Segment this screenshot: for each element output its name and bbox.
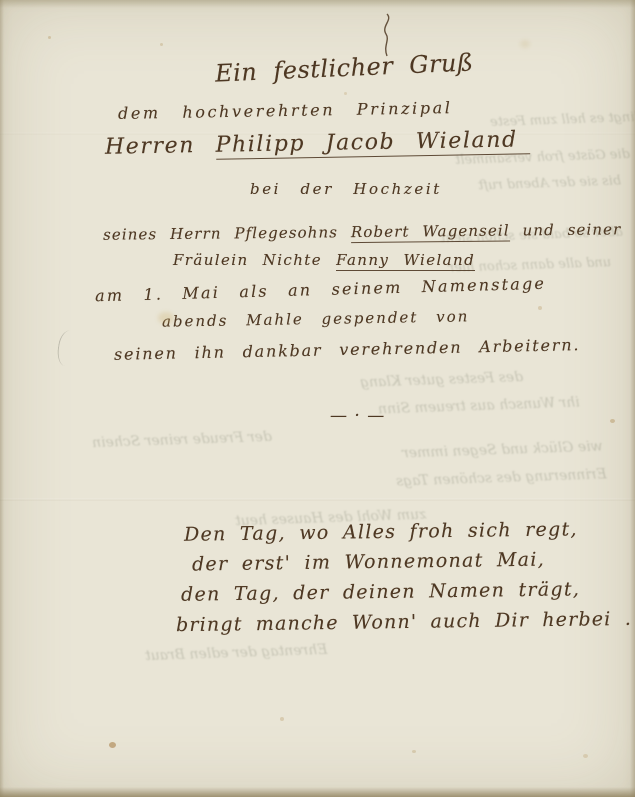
bride-name: Fanny Wieland — [336, 251, 475, 271]
groom-line-suffix: und seiner — [522, 220, 621, 239]
bride-line-prefix: Fräulein Nichte — [173, 251, 322, 269]
foxing-spot — [344, 92, 347, 95]
foxing-spot — [109, 742, 116, 748]
foxing-spot — [583, 754, 588, 758]
recipient-salutation: Herren — [105, 133, 195, 160]
poem-line-3: den Tag, der deinen Namen trägt, — [181, 578, 580, 606]
bleedthrough-line: Ehrentag der edlen Braut — [145, 642, 328, 664]
dedication-line-8: abends Mahle gespendet von — [162, 307, 470, 330]
recipient-line: Herren Philipp Jacob Wieland — [105, 127, 530, 159]
foxing-spot — [538, 306, 542, 310]
paper-edge-bottom — [0, 787, 635, 797]
paper-edge-right — [630, 0, 635, 797]
bleedthrough-line: ihr Wunsch aus treuem Sinn — [378, 394, 580, 417]
recipient-name: Philipp Jacob Wieland — [215, 127, 530, 159]
paper-edge-top — [0, 0, 635, 8]
dedication-line-2: dem hochverehrten Prinzipal — [118, 98, 453, 123]
bride-line: Fräulein Nichte Fanny Wieland — [173, 251, 475, 269]
foxing-spot — [48, 36, 51, 39]
groom-line-prefix: seines Herrn Pflegesohns — [103, 223, 338, 243]
section-divider: — · — — [330, 406, 385, 426]
bleedthrough-line: der Freude reiner Schein — [92, 429, 272, 451]
poem-line-1: Den Tag, wo Alles froh sich regt, — [184, 518, 578, 545]
foxing-spot — [280, 717, 284, 721]
foxing-spot — [610, 419, 615, 423]
poem-line-2: der erst' im Wonnemonat Mai, — [192, 549, 545, 576]
bleedthrough-line: Erinnerung des schönen Tags — [396, 466, 607, 489]
foxing-spot — [412, 750, 416, 753]
dedication-title: Ein festlicher Gruß — [215, 48, 474, 87]
foxing-spot — [160, 43, 163, 46]
bleedthrough-line: des Festes guter Klang — [360, 369, 524, 391]
groom-name: Robert Wagenseil — [351, 221, 510, 243]
pen-flourish-icon — [377, 12, 397, 58]
paper-stain — [520, 40, 530, 48]
crease-mark — [55, 329, 77, 367]
dedication-line-9: seinen ihn dankbar verehrenden Arbeitern… — [114, 335, 581, 364]
bleedthrough-line: bis sie der Abend ruft — [478, 174, 622, 194]
bleedthrough-line: wie Glück und Segen immer — [402, 439, 603, 462]
dedication-line-4: bei der Hochzeit — [250, 180, 442, 198]
paper-edge-left — [0, 0, 4, 797]
dedication-line-7: am 1. Mai als an seinem Namenstage — [95, 274, 547, 306]
poem-line-4: bringt manche Wonn' auch Dir herbei . — [176, 608, 632, 636]
manuscript-page: so klingt es hell zum Feste die Gäste fr… — [0, 0, 635, 797]
horizontal-crease — [0, 498, 635, 501]
